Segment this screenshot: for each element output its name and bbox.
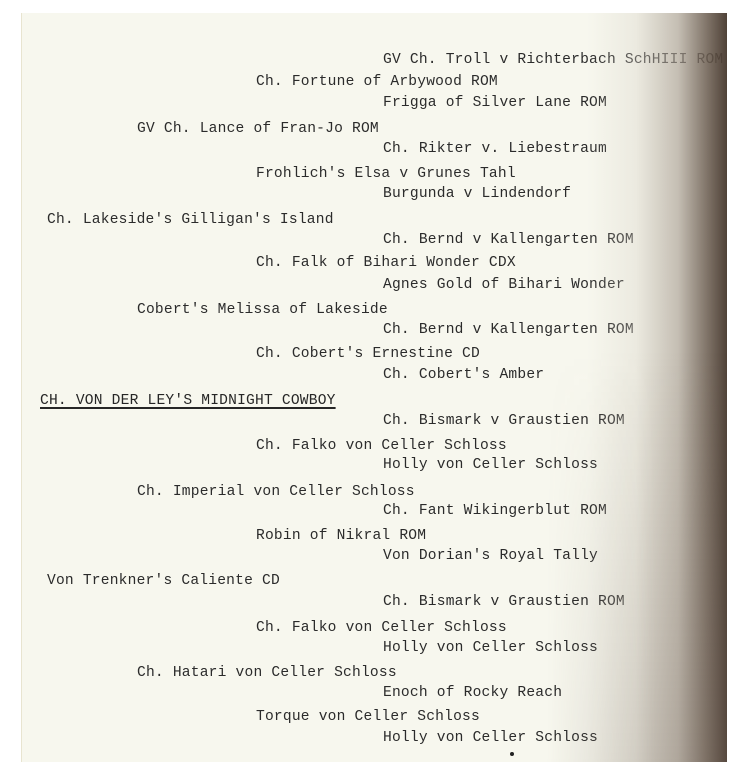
pedigree-entry-dam-sire-dam-dam: Von Dorian's Royal Tally bbox=[383, 548, 598, 564]
pedigree-entry-sire-sire-sire-sire: GV Ch. Troll v Richterbach SchHIII ROM bbox=[383, 52, 723, 68]
pedigree-entry-sire-sire-dam-sire: Ch. Rikter v. Liebestraum bbox=[383, 141, 607, 157]
pedigree-entry-sire-dam-sire-dam: Agnes Gold of Bihari Wonder bbox=[383, 277, 625, 293]
pedigree-entry-dam-sire-sire: Ch. Falko von Celler Schloss bbox=[256, 438, 507, 454]
pedigree-entry-dam-sire-dam: Robin of Nikral ROM bbox=[256, 528, 426, 544]
pedigree-entry-sire-dam-sire-sire: Ch. Bernd v Kallengarten ROM bbox=[383, 232, 634, 248]
pedigree-entry-sire-dam-dam-sire: Ch. Bernd v Kallengarten ROM bbox=[383, 322, 634, 338]
paper-speck bbox=[510, 752, 514, 756]
pedigree-entry-dam-dam-dam-dam: Holly von Celler Schloss bbox=[383, 730, 598, 746]
pedigree-entry-sire-sire-sire: Ch. Fortune of Arbywood ROM bbox=[256, 74, 498, 90]
pedigree-entry-dam-dam-sire-dam: Holly von Celler Schloss bbox=[383, 640, 598, 656]
pedigree-entry-dam-sire: Ch. Imperial von Celler Schloss bbox=[137, 484, 415, 500]
pedigree-entry-dam-dam-dam-sire: Enoch of Rocky Reach bbox=[383, 685, 562, 701]
pedigree-entry-sire-dam-dam: Ch. Cobert's Ernestine CD bbox=[256, 346, 480, 362]
pedigree-entry-dam-dam-dam: Torque von Celler Schloss bbox=[256, 709, 480, 725]
pedigree-entry-dam-sire-sire-dam: Holly von Celler Schloss bbox=[383, 457, 598, 473]
pedigree-subject-title: CH. VON DER LEY'S MIDNIGHT COWBOY bbox=[40, 393, 336, 409]
page-binding-shadow bbox=[587, 13, 727, 762]
pedigree-entry-dam-dam-sire: Ch. Falko von Celler Schloss bbox=[256, 620, 507, 636]
pedigree-entry-dam: Von Trenkner's Caliente CD bbox=[47, 573, 280, 589]
pedigree-entry-sire-dam-sire: Ch. Falk of Bihari Wonder CDX bbox=[256, 255, 516, 271]
pedigree-entry-dam-dam: Ch. Hatari von Celler Schloss bbox=[137, 665, 397, 681]
pedigree-entry-sire-dam: Cobert's Melissa of Lakeside bbox=[137, 302, 388, 318]
pedigree-entry-dam-sire-sire-sire: Ch. Bismark v Graustien ROM bbox=[383, 413, 625, 429]
pedigree-entry-sire-dam-dam-dam: Ch. Cobert's Amber bbox=[383, 367, 544, 383]
pedigree-entry-dam-sire-dam-sire: Ch. Fant Wikingerblut ROM bbox=[383, 503, 607, 519]
scanned-page: GV Ch. Troll v Richterbach SchHIII ROM C… bbox=[21, 13, 727, 762]
pedigree-entry-sire-sire-dam: Frohlich's Elsa v Grunes Tahl bbox=[256, 166, 516, 182]
pedigree-entry-sire: Ch. Lakeside's Gilligan's Island bbox=[47, 212, 334, 228]
pedigree-entry-sire-sire: GV Ch. Lance of Fran-Jo ROM bbox=[137, 121, 379, 137]
pedigree-entry-dam-dam-sire-sire: Ch. Bismark v Graustien ROM bbox=[383, 594, 625, 610]
pedigree-entry-sire-sire-dam-dam: Burgunda v Lindendorf bbox=[383, 186, 571, 202]
pedigree-entry-sire-sire-sire-dam: Frigga of Silver Lane ROM bbox=[383, 95, 607, 111]
